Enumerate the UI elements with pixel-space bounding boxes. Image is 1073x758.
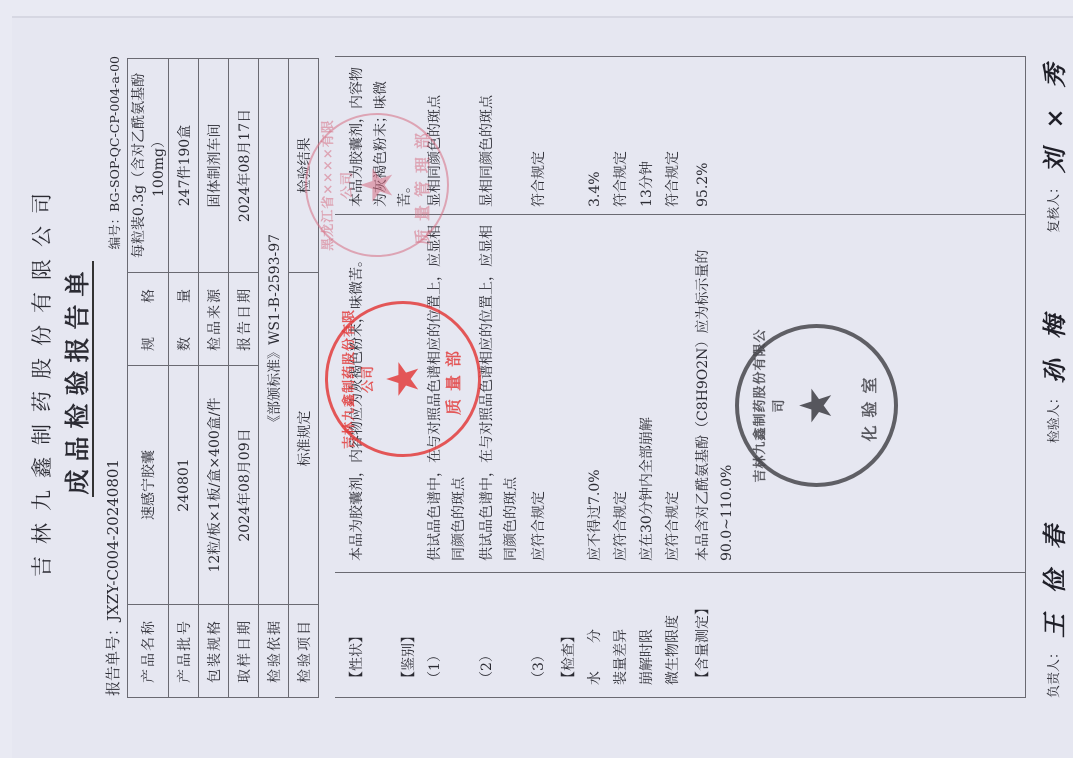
info-value: 每粒装0.3g（含对乙酰氨基酚100mg） [128, 59, 169, 273]
responsible-name: 王 俭 春 [1035, 519, 1070, 638]
results-body: 【性状】 本品为胶囊剂，内容物应为灰褐色粉末，味微苦。 本品为胶囊剂，内容物为灰… [335, 56, 1026, 698]
standard-text: 应符合规定 [527, 221, 551, 561]
info-value: 固体制剂车间 [199, 59, 229, 273]
signature-row: 负责人： 王 俭 春 检验人： 孙 梅 复核人： 刘 × 秀 [1035, 58, 1070, 698]
info-value: 2024年08月17日 [229, 59, 259, 273]
info-row: 包装规格 12粒/板×1板/盒×400盒/件 检品来源 固体制剂车间 [199, 59, 229, 698]
reviewer-name: 刘 × 秀 [1035, 58, 1070, 173]
product-info-table: 产品名称 速感宁胶囊 规 格 每粒装0.3g（含对乙酰氨基酚100mg） 产品批… [127, 58, 319, 698]
info-label: 包装规格 [199, 605, 229, 698]
star-icon: ★ [791, 386, 842, 425]
info-row: 取样日期 2024年08月09日 报告日期 2024年08月17日 [229, 59, 259, 698]
item-label: 崩解时限 [635, 575, 659, 685]
info-row: 产品批号 240801 数 量 247件190盒 [169, 59, 199, 698]
info-label: 数 量 [169, 273, 199, 366]
report-meta: 报告单号：JXZY-C004-20240801 编号：BG-SOP-QC-CP-… [102, 56, 123, 696]
info-label: 检品来源 [199, 273, 229, 366]
info-value: 速感宁胶囊 [128, 366, 169, 605]
info-label: 取样日期 [229, 605, 259, 698]
result-text: 95.2% [691, 62, 715, 207]
result-text: 符合规定 [609, 62, 633, 207]
info-row: 产品名称 速感宁胶囊 规 格 每粒装0.3g（含对乙酰氨基酚100mg） [128, 59, 169, 698]
info-value: 240801 [169, 366, 199, 605]
inspector-label: 检验人： [1043, 391, 1062, 443]
lab-stamp: 吉林九鑫制药股份有限公司 ★ 化验室 [735, 324, 898, 487]
item-label: 水 分 [583, 575, 607, 685]
document-title: 成品检验报告单 [58, 0, 94, 758]
responsible-label: 负责人： [1043, 646, 1062, 698]
standard-text: 应不得过7.0% [583, 221, 607, 561]
column-divider [335, 572, 1025, 573]
section-heading-identification: 【鉴别】 [397, 575, 421, 685]
result-text: 显相同颜色的斑点 [475, 62, 499, 207]
info-value: 247件190盒 [169, 59, 199, 273]
info-label: 产品批号 [169, 605, 199, 698]
column-header-standard: 标准规定 [289, 273, 319, 605]
section-heading-inspection: 【检查】 [557, 575, 581, 685]
standard-text: 本品含对乙酰氨基酚（C8H9O2N）应为标示量的90.0~110.0% [691, 221, 739, 561]
standard-text: 供试品色谱中，在与对照品色谱相应的位置上，应显相同颜色的斑点 [475, 221, 523, 561]
result-text: 本品为胶囊剂，内容物为灰褐色粉末；味微苦。 [345, 62, 417, 207]
stamp-dept-text: 化验室 [857, 328, 880, 483]
info-label: 规 格 [128, 273, 169, 366]
item-label: （3） [527, 575, 551, 685]
column-header-item: 检验项目 [289, 605, 319, 698]
info-label: 检验依据 [259, 605, 289, 698]
info-label: 报告日期 [229, 273, 259, 366]
info-label: 产品名称 [128, 605, 169, 698]
section-heading-character: 【性状】 [345, 575, 369, 685]
reviewer-signature: 复核人： 刘 × 秀 [1035, 58, 1070, 233]
document-code: 编号：BG-SOP-QC-CP-004-a-00 [102, 56, 123, 249]
report-number: 报告单号：JXZY-C004-20240801 [102, 459, 123, 696]
document-title-text: 成品检验报告单 [63, 262, 94, 497]
standard-text: 应在30分钟内全部崩解 [635, 221, 659, 561]
item-label: 装量差异 [609, 575, 633, 685]
standard-text: 供试品色谱中，在与对照品色谱相应的位置上，应显相同颜色的斑点 [423, 221, 471, 561]
result-text: 符合规定 [527, 62, 551, 207]
info-value: 12粒/板×1板/盒×400盒/件 [199, 366, 229, 605]
star-icon: ★ [378, 359, 429, 398]
rotated-page: 吉林九鑫制药股份有限公司 成品检验报告单 报告单号：JXZY-C004-2024… [0, 0, 1073, 758]
document-code-label: 编号： [107, 212, 122, 250]
responsible-signature: 负责人： 王 俭 春 [1035, 519, 1070, 698]
report-number-value: JXZY-C004-20240801 [104, 459, 122, 621]
reviewer-label: 复核人： [1043, 181, 1062, 233]
inspector-name: 孙 梅 [1035, 309, 1070, 383]
report-number-label: 报告单号： [104, 621, 122, 696]
document-code-value: BG-SOP-QC-CP-004-a-00 [107, 56, 122, 212]
standard-text: 本品为胶囊剂，内容物应为灰褐色粉末，味微苦。 [345, 221, 369, 561]
info-value: 《部颁标准》WS1-B-2593-97 [259, 59, 289, 605]
item-label: （2） [475, 575, 499, 685]
inspector-signature: 检验人： 孙 梅 [1035, 309, 1070, 443]
standard-text: 应符合规定 [609, 221, 633, 561]
item-label: （1） [423, 575, 447, 685]
column-divider [335, 214, 1025, 215]
section-heading-assay: 【含量测定】 [691, 575, 715, 685]
item-label: 微生物限度 [661, 575, 685, 685]
result-text: 符合规定 [661, 62, 685, 207]
result-text: 3.4% [583, 62, 607, 207]
standard-text: 应符合规定 [661, 221, 685, 561]
info-row: 检验依据 《部颁标准》WS1-B-2593-97 [259, 59, 289, 698]
stamp-ring-text: 吉林九鑫制药股份有限公司 [749, 328, 787, 483]
result-text: 13分钟 [635, 62, 659, 207]
column-header-result: 检验结果 [289, 59, 319, 273]
company-name: 吉林九鑫制药股份有限公司 [26, 0, 56, 758]
column-header-row: 检验项目 标准规定 检验结果 [289, 59, 319, 698]
result-text: 显相同颜色的斑点 [423, 62, 447, 207]
info-value: 2024年08月09日 [229, 366, 259, 605]
